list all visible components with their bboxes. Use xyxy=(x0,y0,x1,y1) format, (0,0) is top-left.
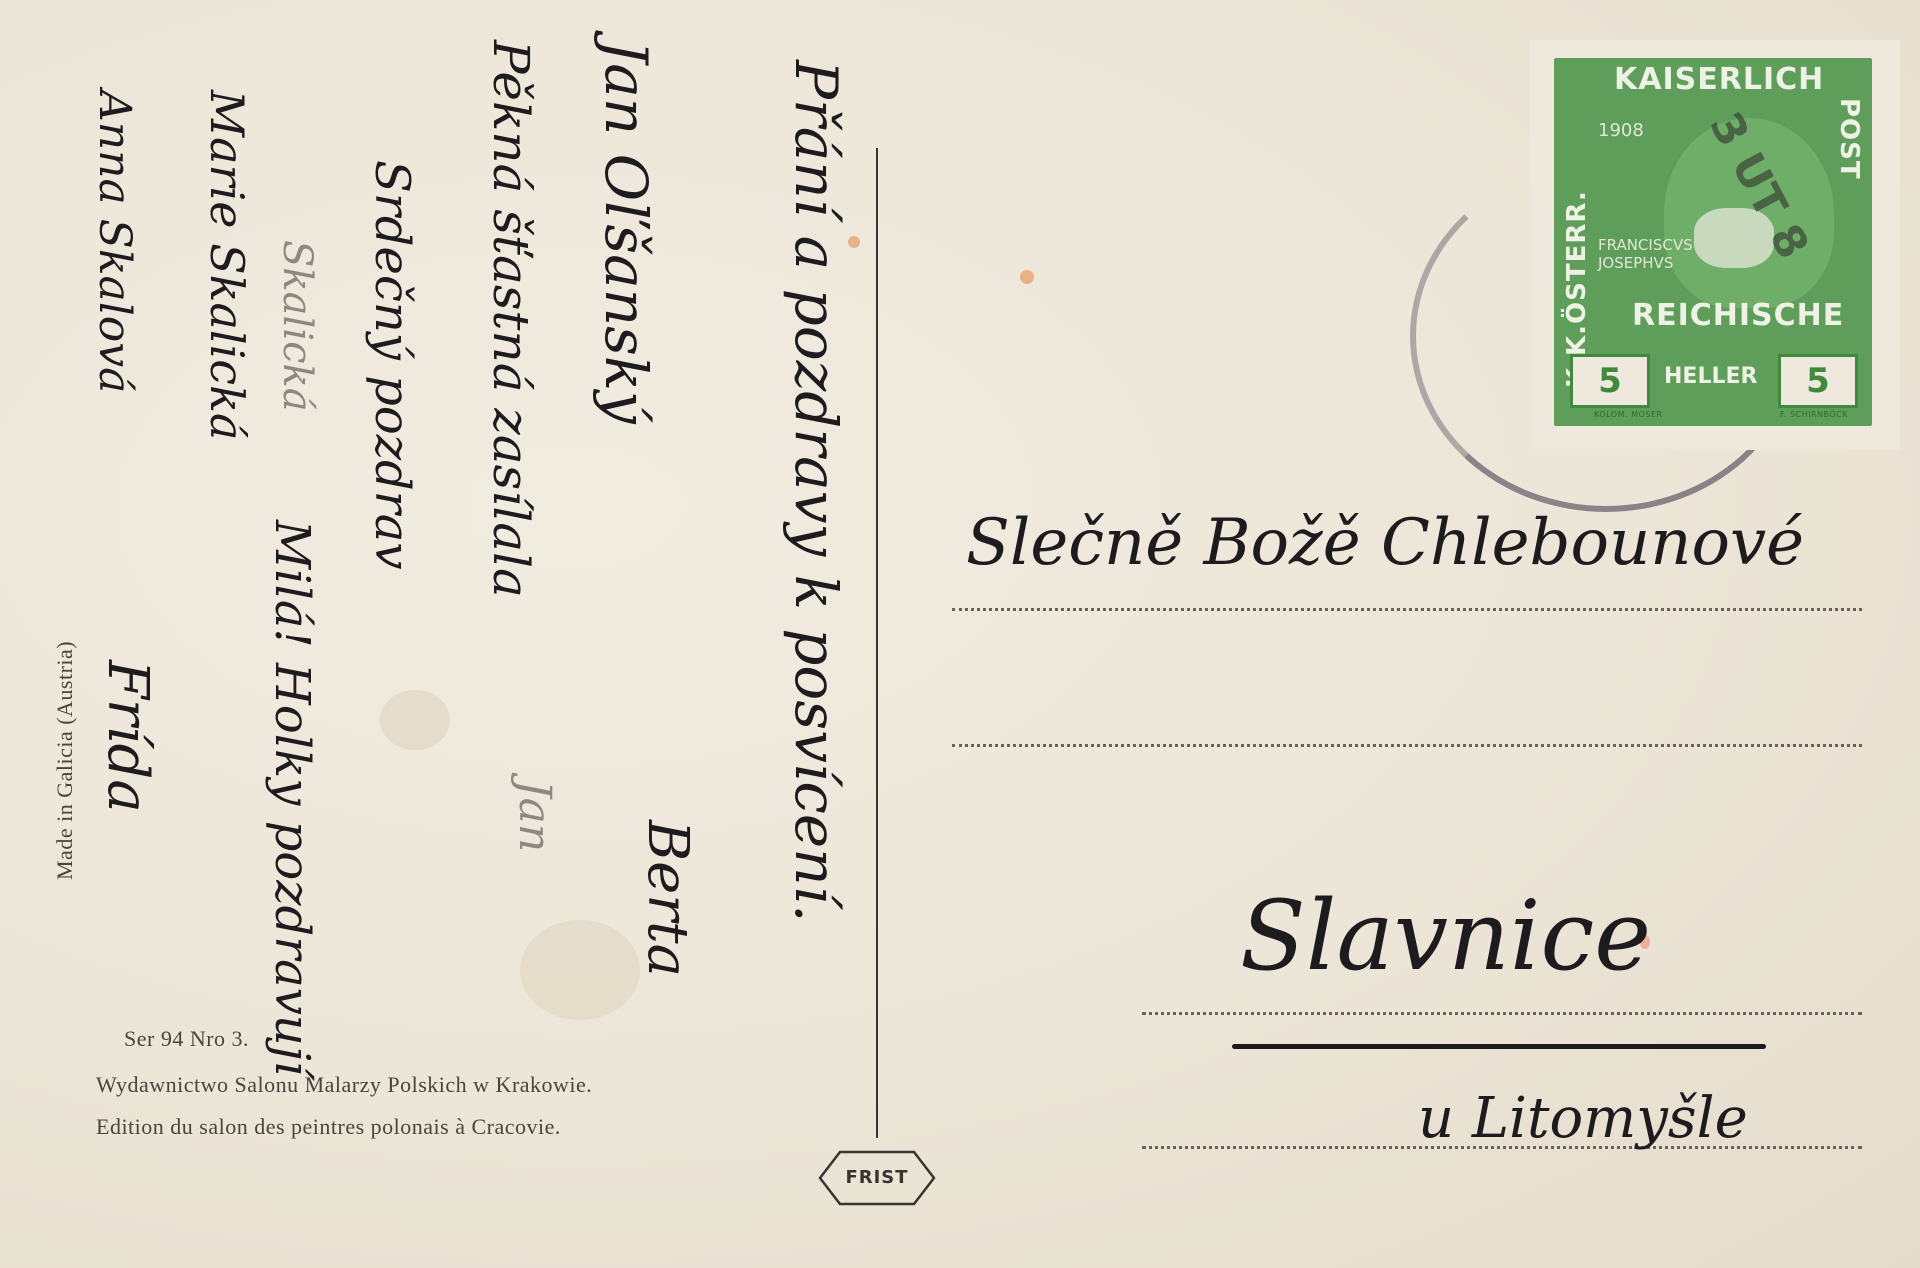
pencil-note: Jan xyxy=(509,780,560,852)
stain xyxy=(1020,270,1034,284)
recipient-town: Slavnice xyxy=(1240,880,1651,992)
stamp-designer-left: KOLOM. MOSER xyxy=(1594,410,1662,419)
message-column-7: Anna Skalová xyxy=(89,90,140,393)
stamp-name: FRANCISCVS JOSEPHVS xyxy=(1598,236,1658,272)
stamp-value-left: 5 xyxy=(1570,354,1650,408)
signature: Berta xyxy=(635,820,700,977)
message-column-3: Pěkná šťastná zasílala xyxy=(482,40,540,598)
printer-mark-label: FRIST xyxy=(818,1167,936,1188)
stamp-currency: HELLER xyxy=(1664,364,1757,389)
message-column-4: Srdečný pozdrav xyxy=(364,160,420,569)
recipient-district: u Litomyšle xyxy=(1418,1086,1748,1151)
postage-stamp: KAISERLICH K.K.ÖSTERR. POST REICHISCHE 1… xyxy=(1530,40,1900,450)
address-line-2 xyxy=(952,744,1862,747)
stamp-designer-right: F. SCHIRNBÖCK xyxy=(1780,410,1848,419)
center-divider-line xyxy=(876,148,878,1138)
message-column-1: Přání a pozdravy k posvícení. xyxy=(782,60,850,923)
printer-mark: FRIST xyxy=(818,1150,936,1206)
recipient-name: Slečně Božě Chlebounové xyxy=(966,506,1804,580)
message-column-5: Milá! Holky pozdravují xyxy=(264,520,320,1076)
stamp-design: KAISERLICH K.K.ÖSTERR. POST REICHISCHE 1… xyxy=(1554,58,1872,426)
stamp-bottom-text: REICHISCHE xyxy=(1632,298,1844,333)
address-line-1 xyxy=(952,608,1862,611)
stamp-right-text: POST xyxy=(1834,98,1864,180)
stamp-top-text: KAISERLICH xyxy=(1614,62,1824,97)
series-number: Ser 94 Nro 3. xyxy=(124,1026,249,1052)
made-in-label: Made in Galicia (Austria) xyxy=(52,641,78,880)
publisher-french: Edition du salon des peintres polonais à… xyxy=(96,1114,561,1140)
message-column-6: Marie Skalická xyxy=(200,90,254,440)
message-column-2: Jan Oľšanský xyxy=(592,40,660,424)
stain xyxy=(520,920,640,1020)
stamp-year: 1908 xyxy=(1598,120,1644,141)
postcard-back: Ser 94 Nro 3. Wydawnictwo Salonu Malarzy… xyxy=(0,0,1920,1268)
pencil-note: Skalická xyxy=(274,240,320,412)
publisher-polish: Wydawnictwo Salonu Malarzy Polskich w Kr… xyxy=(96,1072,592,1098)
signature: Frída xyxy=(95,660,160,813)
address-line-3 xyxy=(1142,1012,1862,1015)
town-underline xyxy=(1232,1044,1766,1049)
stain xyxy=(380,690,450,750)
stamp-value-right: 5 xyxy=(1778,354,1858,408)
